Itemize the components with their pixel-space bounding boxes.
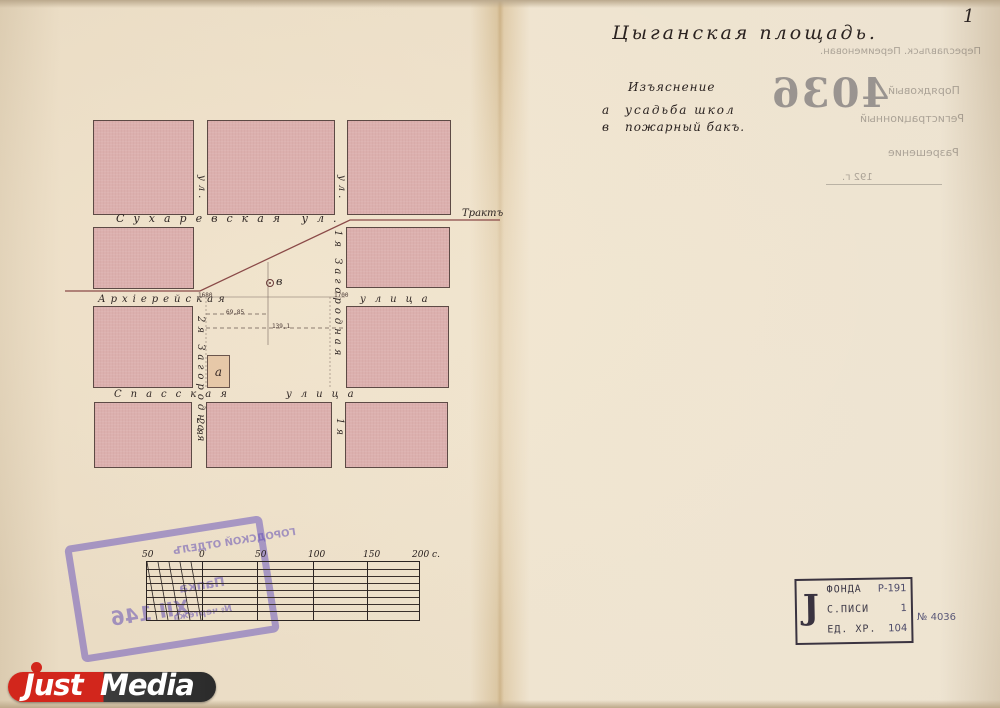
measure-short-span: 69,85	[226, 309, 244, 316]
stamp-ed-label: ЕД. ХР.	[827, 624, 876, 636]
scale-grid	[146, 561, 420, 621]
scale-label-3: 100	[308, 550, 325, 560]
street-spasskaya: Спасская	[114, 389, 236, 400]
scale-label-5: 200 с.	[412, 550, 440, 560]
justmedia-logo: Just Media	[8, 672, 216, 702]
street-zagorodnaya-1: 1я Загородная	[332, 230, 343, 388]
scale-label-4: 150	[363, 550, 380, 560]
logo-part-media: Media	[100, 672, 194, 702]
measure-left-corner: 1680	[198, 292, 212, 299]
archive-logo-icon: J	[803, 591, 820, 625]
street-side-label-2: ул.	[336, 175, 347, 202]
archive-inventory-number: № 4036	[917, 612, 956, 623]
stamp-opis-label: С.ПИСИ	[827, 604, 869, 616]
scale-label-1: 0	[199, 550, 205, 560]
street-side-label-1: ул.	[196, 175, 207, 202]
street-zagorodnaya-2: 2я Загородная	[195, 316, 206, 388]
logo-part-just: Just	[24, 672, 83, 702]
stamp-fond-label: ФОНДА	[827, 584, 862, 596]
scale-label-2: 50	[255, 550, 266, 560]
stamp-archive-right: J ФОНДА Р-191 С.ПИСИ 1 ЕД. ХР. 104	[794, 577, 913, 645]
street-spasskaya-suffix: улица	[286, 389, 363, 400]
stamp-ed-value: 104	[888, 623, 907, 634]
street-label-bottom-right: 1я	[334, 418, 345, 439]
stamp-fond-value: Р-191	[878, 583, 907, 594]
marker-b-fire-tank: в	[276, 275, 282, 288]
street-arkhiereyskaya-suffix: улица	[360, 294, 437, 305]
measure-right-corner: 1700	[334, 292, 348, 299]
scale-label-0: 50	[142, 550, 153, 560]
stamp-opis-value: 1	[900, 603, 907, 614]
street-label-bottom-left: 2я	[194, 418, 205, 439]
measure-long-span: 139,1	[272, 323, 290, 330]
street-trakt: Трактъ	[462, 208, 503, 219]
street-sukharevskaya: Сухаревская ул.	[116, 212, 345, 225]
